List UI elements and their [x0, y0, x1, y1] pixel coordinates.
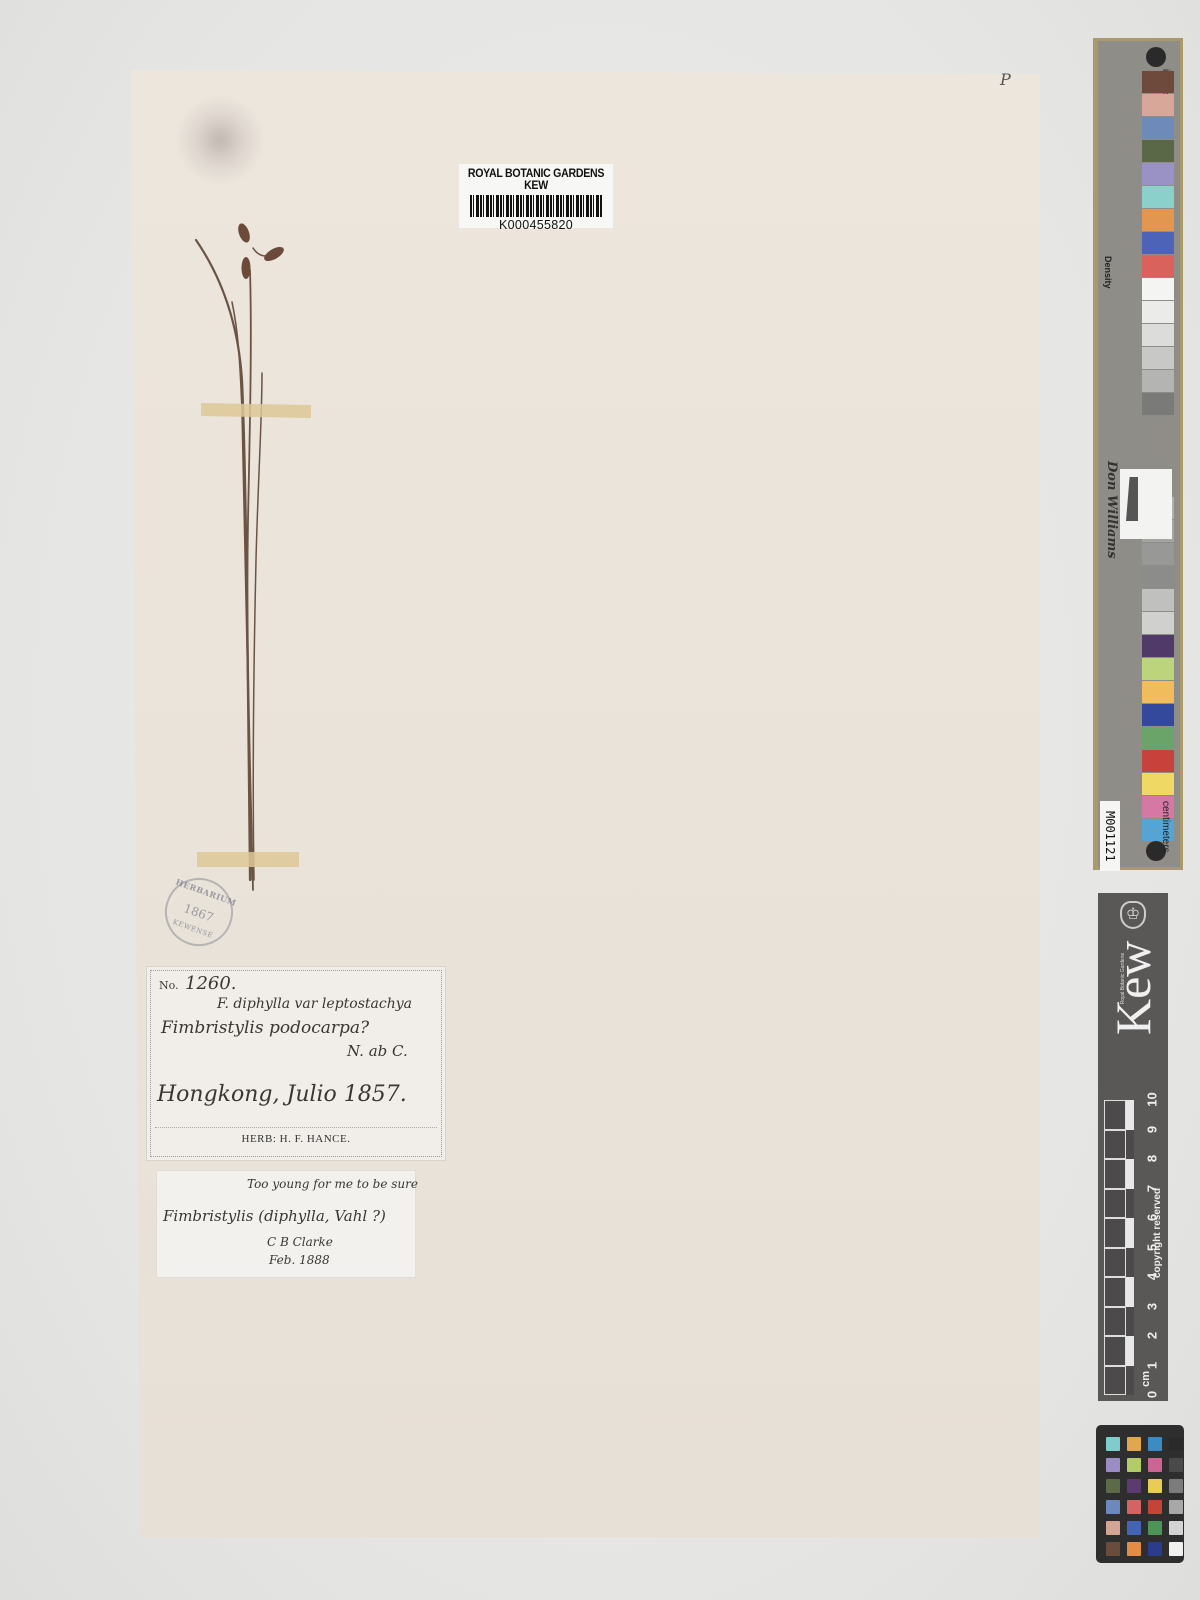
ruler-segment	[1104, 1218, 1126, 1248]
kew-subtitle: Royal Botanic Gardens	[1120, 953, 1126, 1004]
checker-chip	[1127, 1542, 1141, 1556]
checker-chip	[1148, 1479, 1162, 1493]
checker-chip	[1127, 1500, 1141, 1514]
mounting-tape-top	[201, 403, 311, 418]
label-number-prefix: No.	[159, 979, 179, 992]
ruler-strip	[1126, 1248, 1134, 1278]
density-label: Density	[1103, 256, 1113, 289]
ruler-strip	[1126, 1218, 1134, 1248]
color-swatch	[1142, 278, 1174, 300]
checker-chip	[1148, 1542, 1162, 1556]
cm-ruler: 012345678910	[1104, 1073, 1134, 1395]
color-swatch	[1142, 612, 1174, 634]
color-swatch	[1142, 301, 1174, 323]
kew-scale-bar: ♔ Kew Royal Botanic Gardens 012345678910…	[1098, 893, 1168, 1401]
color-swatch	[1142, 773, 1174, 795]
color-swatch	[1142, 566, 1174, 588]
ruler-strip	[1126, 1100, 1134, 1130]
checker-chip	[1148, 1500, 1162, 1514]
checker-chip	[1127, 1437, 1141, 1451]
label-line-3: N. ab C.	[347, 1042, 408, 1060]
checker-chip	[1148, 1521, 1162, 1535]
color-swatch	[1142, 255, 1174, 277]
checker-chip	[1106, 1437, 1120, 1451]
checker-chip	[1148, 1437, 1162, 1451]
ruler-segment	[1104, 1248, 1126, 1278]
det-name: Fimbristylis (diphylla, Vahl ?)	[163, 1207, 386, 1225]
det-date: Feb. 1888	[269, 1253, 330, 1267]
checker-chip	[1106, 1458, 1120, 1472]
ruler-segment	[1104, 1336, 1126, 1366]
checker-chip	[1169, 1479, 1183, 1493]
color-swatch	[1142, 140, 1174, 162]
color-swatch	[1142, 117, 1174, 139]
det-note: Too young for me to be sure	[247, 1177, 418, 1191]
checker-chip	[1169, 1500, 1183, 1514]
label-divider	[155, 1127, 437, 1128]
checker-chip	[1148, 1458, 1162, 1472]
checker-chip	[1106, 1479, 1120, 1493]
label-line-2: Fimbristylis podocarpa?	[161, 1018, 369, 1038]
color-swatches	[1142, 71, 1174, 842]
color-swatch	[1142, 324, 1174, 346]
color-swatch	[1142, 658, 1174, 680]
checker-chip	[1106, 1500, 1120, 1514]
color-swatch	[1142, 209, 1174, 231]
ruler-strip	[1126, 1307, 1134, 1337]
checker-chip	[1127, 1479, 1141, 1493]
color-swatch	[1142, 589, 1174, 611]
gray-wedge-icon	[1126, 477, 1138, 521]
color-swatch	[1142, 750, 1174, 772]
kew-crest-icon: ♔	[1120, 901, 1146, 929]
centimeters-label: centimeters	[1160, 801, 1171, 853]
density-target	[1120, 469, 1172, 539]
color-swatch	[1142, 681, 1174, 703]
brand-label: Don Williams	[1104, 461, 1119, 559]
label-line-1: F. diphylla var leptostachya	[217, 996, 412, 1012]
checker-chip	[1127, 1458, 1141, 1472]
ruler-segment	[1104, 1130, 1126, 1160]
ruler-segment	[1104, 1307, 1126, 1337]
checker-chip	[1169, 1458, 1183, 1472]
ruler-strip	[1126, 1130, 1134, 1160]
ruler-strip	[1126, 1277, 1134, 1307]
color-reference-bar: inches Density Don Williams centimeters …	[1093, 38, 1183, 870]
kew-logo: Kew	[1098, 933, 1168, 1043]
det-determiner: C B Clarke	[267, 1235, 333, 1249]
collection-label: No. 1260. F. diphylla var leptostachya F…	[146, 966, 446, 1161]
mounting-tape-bottom	[197, 852, 299, 867]
color-swatch	[1142, 543, 1174, 565]
checker-chip	[1169, 1437, 1183, 1451]
ruler-segment	[1104, 1366, 1126, 1396]
bar-id: M001121	[1100, 801, 1120, 871]
label-herbarium: HERB: H. F. HANCE.	[147, 1133, 445, 1145]
label-locality-date: Hongkong, Julio 1857.	[157, 1082, 407, 1107]
label-number: 1260.	[185, 973, 237, 994]
color-swatch	[1142, 71, 1174, 93]
color-swatch	[1142, 186, 1174, 208]
color-swatch	[1142, 727, 1174, 749]
checker-chip	[1127, 1521, 1141, 1535]
cm-unit-label: cm	[1140, 1371, 1152, 1387]
ruler-strip	[1126, 1336, 1134, 1366]
checker-chip	[1169, 1521, 1183, 1535]
registration-dot-icon	[1146, 47, 1166, 67]
ruler-strip	[1126, 1366, 1134, 1396]
ruler-segment	[1104, 1277, 1126, 1307]
checker-chips	[1106, 1437, 1183, 1556]
color-swatch	[1142, 94, 1174, 116]
ruler-strip	[1126, 1189, 1134, 1219]
color-swatch	[1142, 393, 1174, 415]
color-swatch	[1142, 347, 1174, 369]
checker-chip	[1169, 1542, 1183, 1556]
color-swatch	[1142, 704, 1174, 726]
color-swatch	[1142, 370, 1174, 392]
color-checker-card	[1096, 1425, 1184, 1563]
ruler-segment	[1104, 1189, 1126, 1219]
plant-specimen-icon	[0, 0, 1200, 1600]
color-swatch	[1142, 232, 1174, 254]
checker-chip	[1106, 1521, 1120, 1535]
ruler-strip	[1126, 1159, 1134, 1189]
copyright-label: copyright reserved	[1152, 1073, 1166, 1393]
ruler-segment	[1104, 1100, 1126, 1130]
checker-chip	[1106, 1542, 1120, 1556]
color-swatch	[1142, 635, 1174, 657]
color-swatch	[1142, 163, 1174, 185]
ruler-segment	[1104, 1159, 1126, 1189]
determination-slip: Too young for me to be sure Fimbristylis…	[156, 1170, 416, 1278]
